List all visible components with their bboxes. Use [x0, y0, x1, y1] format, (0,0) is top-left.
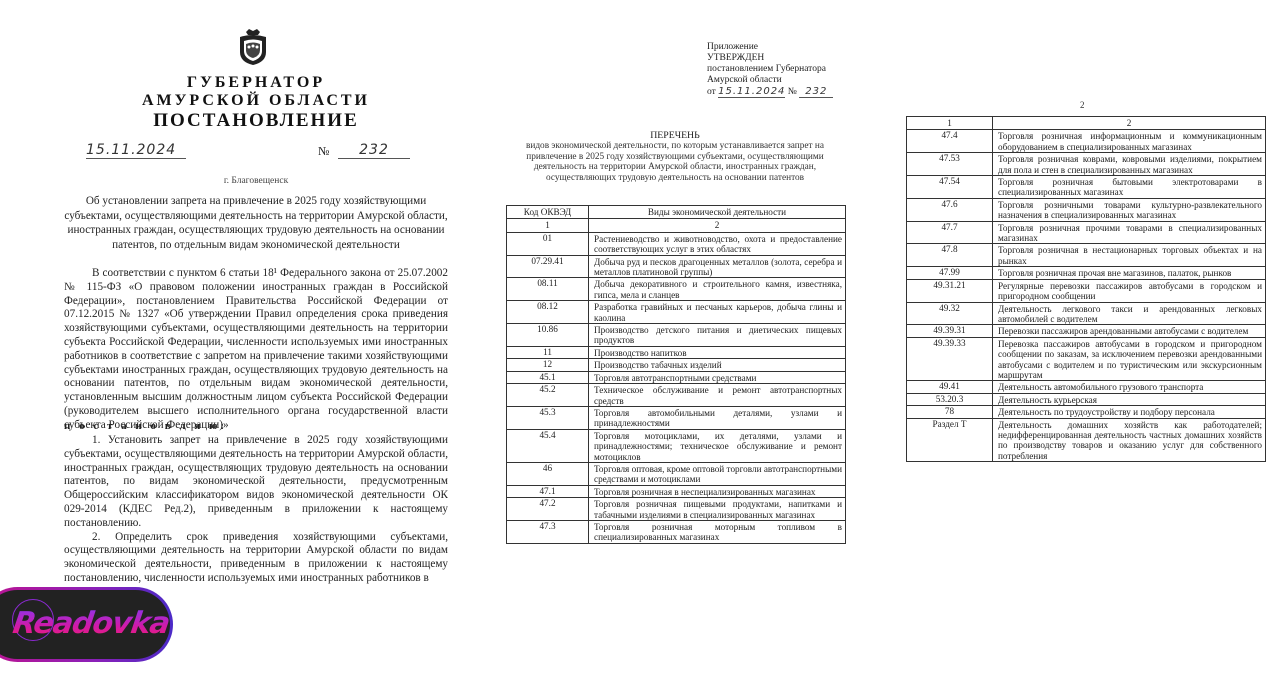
table-row: 53.20.3Деятельность курьерская — [907, 393, 1266, 405]
appendix-number: 232 — [799, 86, 833, 98]
okved-code: 12 — [507, 359, 589, 371]
activity-description: Производство детского питания и диетичес… — [589, 324, 846, 347]
okved-code: 49.32 — [907, 302, 993, 325]
table-row: 47.99Торговля розничная прочая вне магаз… — [907, 267, 1266, 279]
table-row: 01Растениеводство и животноводство, охот… — [507, 232, 846, 255]
okved-code: 49.39.31 — [907, 325, 993, 337]
okved-code: 11 — [507, 346, 589, 358]
approved-label: УТВЕРЖДЕН — [707, 53, 833, 64]
table-row: 47.1Торговля розничная в неспециализиров… — [507, 485, 846, 497]
list-title: ПЕРЕЧЕНЬ — [500, 130, 850, 141]
header-code: Код ОКВЭД — [507, 206, 589, 219]
activity-description: Торговля розничная в неспециализированны… — [589, 485, 846, 497]
activity-description: Торговля розничная пищевыми продуктами, … — [589, 498, 846, 521]
okved-code: 47.1 — [507, 485, 589, 497]
okved-code: 45.2 — [507, 384, 589, 407]
table-row: 49.39.33Перевозка пассажиров автобусами … — [907, 337, 1266, 381]
table-row: Раздел ТДеятельность домашних хозяйств к… — [907, 418, 1266, 462]
coat-of-arms-icon — [236, 28, 270, 66]
okved-code: 47.3 — [507, 520, 589, 543]
table-row: 47.2Торговля розничная пищевыми продукта… — [507, 498, 846, 521]
activity-description: Перевозки пассажиров арендованными автоб… — [993, 325, 1266, 337]
appendix-date: 15.11.2024 — [718, 86, 785, 98]
region-heading: АМУРСКОЙ ОБЛАСТИ — [60, 92, 452, 110]
table-row: 47.3Торговля розничная моторным топливом… — [507, 520, 846, 543]
table-row: 49.31.21Регулярные перевозки пассажиров … — [907, 279, 1266, 302]
table-row: 49.32Деятельность легкового такси и арен… — [907, 302, 1266, 325]
table-row: 11Производство напитков — [507, 346, 846, 358]
okved-table-part2: 1 2 47.4Торговля розничная информационны… — [906, 116, 1266, 462]
preamble-text: В соответствии с пунктом 6 статьи 18¹ Фе… — [64, 267, 448, 433]
decree-page: ГУБЕРНАТОР АМУРСКОЙ ОБЛАСТИ ПОСТАНОВЛЕНИ… — [60, 22, 452, 582]
table-row: 45.4Торговля мотоциклами, их деталями, у… — [507, 429, 846, 462]
okved-code: 47.4 — [907, 130, 993, 153]
readovka-logo-text: Readovka — [10, 602, 170, 646]
governor-heading: ГУБЕРНАТОР — [60, 74, 452, 92]
approved-by: постановлением Губернатора — [707, 64, 833, 75]
okved-code: 78 — [907, 406, 993, 418]
okved-code: 45.1 — [507, 371, 589, 383]
table-row: 78Деятельность по трудоустройству и подб… — [907, 406, 1266, 418]
activity-description: Добыча декоративного и строительного кам… — [589, 278, 846, 301]
okved-code: 07.29.41 — [507, 255, 589, 278]
approval-block: Приложение УТВЕРЖДЕН постановлением Губе… — [707, 42, 833, 98]
okved-code: 49.31.21 — [907, 279, 993, 302]
appendix-label: Приложение — [707, 42, 833, 53]
readovka-logo-badge: Readovka — [0, 587, 173, 662]
activity-description: Перевозка пассажиров автобусами в городс… — [993, 337, 1266, 381]
activity-description: Регулярные перевозки пассажиров автобуса… — [993, 279, 1266, 302]
okved-code: 53.20.3 — [907, 393, 993, 405]
activity-description: Торговля мотоциклами, их деталями, узлам… — [589, 429, 846, 462]
okved-code: 49.39.33 — [907, 337, 993, 381]
okved-code: 46 — [507, 462, 589, 485]
activity-description: Торговля розничная коврами, ковровыми из… — [993, 153, 1266, 176]
table-row: 45.3Торговля автомобильными деталями, уз… — [507, 406, 846, 429]
number-label: № — [318, 144, 329, 159]
okved-code: 08.11 — [507, 278, 589, 301]
activity-description: Торговля автотранспортными средствами — [589, 371, 846, 383]
activity-description: Торговля розничная в нестационарных торг… — [993, 244, 1266, 267]
okved-code: 45.3 — [507, 406, 589, 429]
header-activity: Виды экономической деятельности — [589, 206, 846, 219]
activity-description: Торговля оптовая, кроме оптовой торговли… — [589, 462, 846, 485]
okved-code: 47.8 — [907, 244, 993, 267]
decree-preamble: В соответствии с пунктом 6 статьи 18¹ Фе… — [64, 267, 448, 433]
okved-code: 47.99 — [907, 267, 993, 279]
decree-items: 1. Установить запрет на привлечение в 20… — [64, 434, 448, 586]
decree-date: 15.11.2024 — [86, 142, 186, 159]
table-row: 49.41Деятельность автомобильного грузово… — [907, 381, 1266, 393]
decree-date-number-row: 15.11.2024 № 232 — [60, 142, 452, 164]
page-number: 2 — [1080, 100, 1085, 110]
activity-description: Добыча руд и песков драгоценных металлов… — [589, 255, 846, 278]
activity-description: Растениеводство и животноводство, охота … — [589, 232, 846, 255]
activity-description: Разработка гравийных и песчаных карьеров… — [589, 301, 846, 324]
okved-code: Раздел Т — [907, 418, 993, 462]
okved-code: 01 — [507, 232, 589, 255]
table-row: 12Производство табачных изделий — [507, 359, 846, 371]
decree-item-1: 1. Установить запрет на привлечение в 20… — [64, 434, 448, 531]
activity-description: Торговля автомобильными деталями, узлами… — [589, 406, 846, 429]
activity-description: Торговля розничными товарами культурно-р… — [993, 198, 1266, 221]
decree-heading: ПОСТАНОВЛЕНИЕ — [60, 110, 452, 132]
table-row: 45.2Техническое обслуживание и ремонт ав… — [507, 384, 846, 407]
activity-description: Торговля розничная прочая вне магазинов,… — [993, 267, 1266, 279]
city: г. Благовещенск — [60, 176, 452, 186]
table-row: 08.12Разработка гравийных и песчаных кар… — [507, 301, 846, 324]
table-header-row: Код ОКВЭД Виды экономической деятельност… — [507, 206, 846, 219]
okved-table-part1: Код ОКВЭД Виды экономической деятельност… — [506, 205, 846, 544]
okved-code: 47.6 — [907, 198, 993, 221]
activity-description: Торговля розничная бытовыми электротовар… — [993, 176, 1266, 199]
activity-description: Деятельность курьерская — [993, 393, 1266, 405]
table-row: 45.1Торговля автотранспортными средствам… — [507, 371, 846, 383]
decree-subject: Об установлении запрета на привлечение в… — [60, 194, 452, 252]
decree-number: 232 — [338, 142, 410, 159]
table-row: 47.4Торговля розничная информационным и … — [907, 130, 1266, 153]
okved-code: 47.53 — [907, 153, 993, 176]
column-number-row: 1 2 — [907, 117, 1266, 130]
table-row: 07.29.41Добыча руд и песков драгоценных … — [507, 255, 846, 278]
table-row: 46Торговля оптовая, кроме оптовой торгов… — [507, 462, 846, 485]
table-row: 47.53Торговля розничная коврами, ковровы… — [907, 153, 1266, 176]
activity-description: Торговля розничная моторным топливом в с… — [589, 520, 846, 543]
resolves-label: п о с т а н о в л я ю: — [64, 420, 227, 432]
okved-code: 49.41 — [907, 381, 993, 393]
table-row: 10.86Производство детского питания и дие… — [507, 324, 846, 347]
table-row: 08.11Добыча декоративного и строительног… — [507, 278, 846, 301]
activity-description: Производство табачных изделий — [589, 359, 846, 371]
decree-item-2: 2. Определить срок приведения хозяйствую… — [64, 531, 448, 586]
okved-code: 47.7 — [907, 221, 993, 244]
okved-code: 47.54 — [907, 176, 993, 199]
okved-code: 10.86 — [507, 324, 589, 347]
activity-description: Деятельность автомобильного грузового тр… — [993, 381, 1266, 393]
activity-description: Торговля розничная прочими товарами в сп… — [993, 221, 1266, 244]
activity-description: Техническое обслуживание и ремонт автотр… — [589, 384, 846, 407]
activity-description: Производство напитков — [589, 346, 846, 358]
table-row: 47.7Торговля розничная прочими товарами … — [907, 221, 1266, 244]
okved-code: 47.2 — [507, 498, 589, 521]
activity-description: Деятельность легкового такси и арендован… — [993, 302, 1266, 325]
table-row: 47.8Торговля розничная в нестационарных … — [907, 244, 1266, 267]
table-row: 49.39.31Перевозки пассажиров арендованны… — [907, 325, 1266, 337]
approved-region: Амурской области — [707, 75, 833, 86]
activity-description: Деятельность домашних хозяйств как работ… — [993, 418, 1266, 462]
activity-description: Торговля розничная информационным и комм… — [993, 130, 1266, 153]
list-subtitle: видов экономической деятельности, по кот… — [500, 141, 850, 183]
table-row: 47.54Торговля розничная бытовыми электро… — [907, 176, 1266, 199]
activity-description: Деятельность по трудоустройству и подбор… — [993, 406, 1266, 418]
column-number-row: 1 2 — [507, 219, 846, 232]
table-row: 47.6Торговля розничными товарами культур… — [907, 198, 1266, 221]
okved-code: 45.4 — [507, 429, 589, 462]
approval-date-line: от 15.11.2024 № 232 — [707, 86, 833, 98]
okved-code: 08.12 — [507, 301, 589, 324]
